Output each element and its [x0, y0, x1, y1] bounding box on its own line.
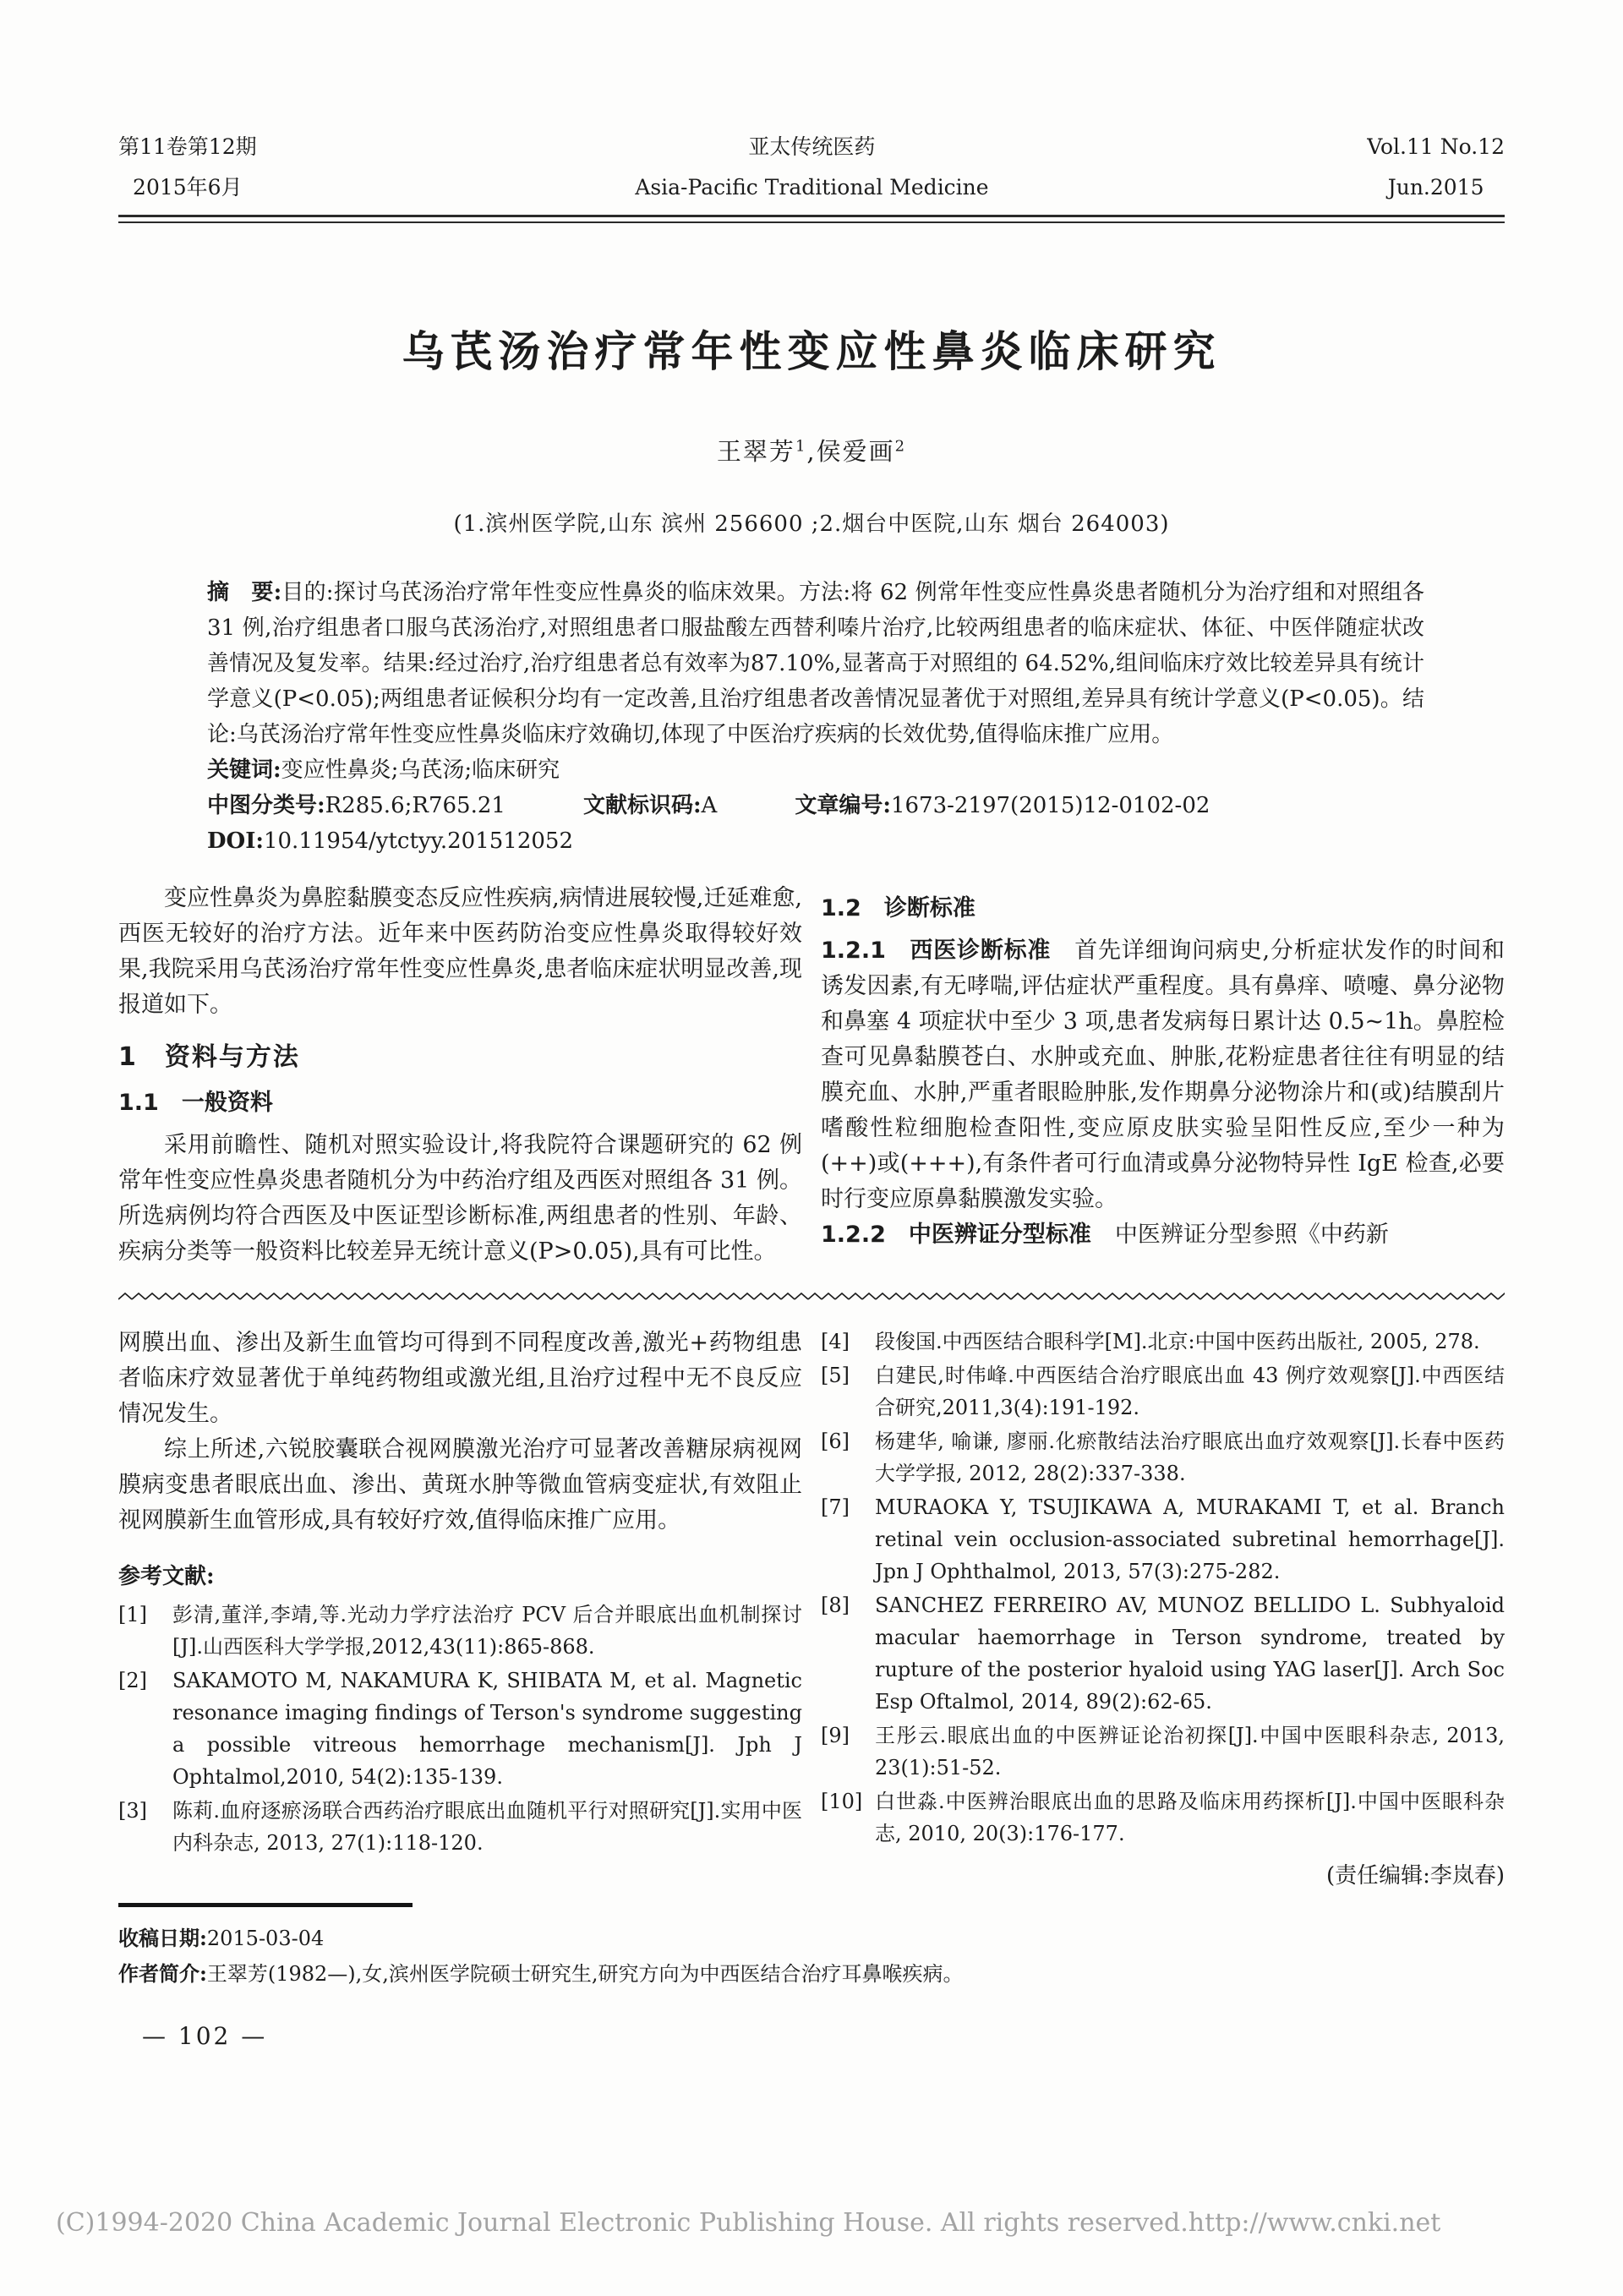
- reference-item: [8]SANCHEZ FERREIRO AV, MUNOZ BELLIDO L.…: [821, 1589, 1505, 1718]
- section-1-2-1-text: 首先详细询问病史,分析症状发作的时间和诱发因素,有无哮喘,评估症状严重程度。具有…: [821, 938, 1505, 1212]
- doc-code-value: A: [702, 793, 718, 818]
- body-left-column: 变应性鼻炎为鼻腔黏膜变态反应性疾病,病情进展较慢,迁延难愈,西医无较好的治疗方法…: [118, 881, 802, 1270]
- reference-item: [5]白建民,时伟峰.中西医结合治疗眼底出血 43 例疗效观察[J].中西医结合…: [821, 1359, 1505, 1424]
- header-center: 亚太传统医药 Asia-Pacific Traditional Medicine: [635, 127, 988, 208]
- author-bio-label: 作者简介:: [118, 1961, 207, 1986]
- author-1: 王翠芳: [717, 437, 795, 466]
- author-2: 侯爱画: [817, 437, 895, 466]
- reference-text: 段俊国.中西医结合眼科学[M].北京:中国中医药出版社, 2005, 278.: [875, 1326, 1505, 1358]
- lower-right-column: [4]段俊国.中西医结合眼科学[M].北京:中国中医药出版社, 2005, 27…: [821, 1326, 1505, 1889]
- section-1-1-paragraph: 采用前瞻性、随机对照实验设计,将我院符合课题研究的 62 例常年性变应性鼻炎患者…: [118, 1128, 802, 1270]
- article-id-label: 文章编号:: [795, 793, 891, 818]
- journal-header: 第11卷第12期 2015年6月 亚太传统医药 Asia-Pacific Tra…: [118, 127, 1505, 208]
- reference-text: 王彤云.眼底出血的中医辨证论治初探[J].中国中医眼科杂志, 2013, 23(…: [875, 1719, 1505, 1784]
- prev-article-paragraph-1: 网膜出血、渗出及新生血管均可得到不同程度改善,激光+药物组患者临床疗效显著优于单…: [118, 1326, 802, 1432]
- doc-code-group: 文献标识码:A: [583, 788, 717, 823]
- prev-article-paragraph-2: 综上所述,六锐胶囊联合视网膜激光治疗可显著改善糖尿病视网膜病变患者眼底出血、渗出…: [118, 1432, 802, 1539]
- abstract-block: 摘 要:目的:探讨乌芪汤治疗常年性变应性鼻炎的临床效果。方法:将 62 例常年性…: [207, 575, 1424, 859]
- date-en: Jun.2015: [1367, 167, 1505, 208]
- reference-text: 白建民,时伟峰.中西医结合治疗眼底出血 43 例疗效观察[J].中西医结合研究,…: [875, 1359, 1505, 1424]
- article-body-columns: 变应性鼻炎为鼻腔黏膜变态反应性疾病,病情进展较慢,迁延难愈,西医无较好的治疗方法…: [118, 881, 1505, 1270]
- clc-label: 中图分类号:: [207, 793, 325, 818]
- abstract-text: 目的:探讨乌芪汤治疗常年性变应性鼻炎的临床效果。方法:将 62 例常年性变应性鼻…: [207, 580, 1424, 747]
- reference-number: [7]: [821, 1491, 875, 1588]
- article-title: 乌芪汤治疗常年性变应性鼻炎临床研究: [118, 318, 1505, 379]
- watermark-copyright: (C)1994-2020 China Academic Journal Elec…: [56, 2208, 1189, 2238]
- reference-text: 陈莉.血府逐瘀汤联合西药治疗眼底出血随机平行对照研究[J].实用中医内科杂志, …: [172, 1795, 802, 1859]
- reference-item: [10]白世淼.中医辨治眼底出血的思路及临床用药探析[J].中国中医眼科杂志, …: [821, 1785, 1505, 1850]
- author-2-sup: 2: [895, 437, 906, 455]
- clc-group: 中图分类号:R285.6;R765.21: [207, 788, 505, 823]
- article-id-group: 文章编号:1673-2197(2015)12-0102-02: [795, 788, 1210, 823]
- header-left: 第11卷第12期 2015年6月: [118, 127, 257, 208]
- reference-item: [4]段俊国.中西医结合眼科学[M].北京:中国中医药出版社, 2005, 27…: [821, 1326, 1505, 1358]
- watermark-url: http://www.cnki.net: [1189, 2208, 1441, 2238]
- reference-item: [1]彭清,董洋,李靖,等.光动力学疗法治疗 PCV 后合并眼底出血机制探讨[J…: [118, 1599, 802, 1663]
- reference-text: MURAOKA Y, TSUJIKAWA A, MURAKAMI T, et a…: [875, 1491, 1505, 1588]
- reference-number: [5]: [821, 1359, 875, 1424]
- page-number: — 102 —: [118, 2022, 1505, 2050]
- footnote-rule: [118, 1903, 413, 1907]
- received-date-label: 收稿日期:: [118, 1926, 207, 1950]
- reference-item: [3]陈莉.血府逐瘀汤联合西药治疗眼底出血随机平行对照研究[J].实用中医内科杂…: [118, 1795, 802, 1859]
- section-1-2-2-text: 中医辨证分型参照《中药新: [1115, 1222, 1389, 1248]
- reference-number: [2]: [118, 1665, 172, 1793]
- author-1-sup: 1: [795, 437, 806, 455]
- reference-number: [4]: [821, 1326, 875, 1358]
- doi-label: DOI:: [207, 828, 264, 854]
- journal-title-cn: 亚太传统医药: [635, 127, 988, 167]
- received-date-value: 2015-03-04: [207, 1927, 324, 1950]
- reference-number: [10]: [821, 1785, 875, 1850]
- footnote-block: 收稿日期:2015-03-04 作者简介:王翠芳(1982—),女,滨州医学院硕…: [118, 1903, 1505, 1992]
- reference-text: 白世淼.中医辨治眼底出血的思路及临床用药探析[J].中国中医眼科杂志, 2010…: [875, 1785, 1505, 1850]
- journal-page: 第11卷第12期 2015年6月 亚太传统医药 Asia-Pacific Tra…: [0, 0, 1623, 2296]
- authors-line: 王翠芳1,侯爱画2: [118, 433, 1505, 467]
- reference-item: [6]杨建华, 喻谦, 廖丽.化瘀散结法治疗眼底出血疗效观察[J].长春中医药大…: [821, 1425, 1505, 1490]
- journal-title-en: Asia-Pacific Traditional Medicine: [635, 167, 988, 208]
- section-1-2-heading: 1.2 诊断标准: [821, 891, 1505, 927]
- zigzag-line-graphic: [118, 1291, 1505, 1303]
- reference-text: SANCHEZ FERREIRO AV, MUNOZ BELLIDO L. Su…: [875, 1589, 1505, 1718]
- previous-article-columns: 网膜出血、渗出及新生血管均可得到不同程度改善,激光+药物组患者临床疗效显著优于单…: [118, 1326, 1505, 1889]
- reference-number: [1]: [118, 1599, 172, 1663]
- header-double-rule: [118, 215, 1505, 223]
- volume-issue-en: Vol.11 No.12: [1367, 127, 1505, 167]
- previous-article-conclusion: 网膜出血、渗出及新生血管均可得到不同程度改善,激光+药物组患者临床疗效显著优于单…: [118, 1326, 802, 1539]
- body-right-column: 1.2 诊断标准 1.2.1 西医诊断标准首先详细询问病史,分析症状发作的时间和…: [821, 881, 1505, 1270]
- classification-line: 中图分类号:R285.6;R765.21 文献标识码:A 文章编号:1673-2…: [207, 788, 1424, 823]
- reference-item: [7]MURAOKA Y, TSUJIKAWA A, MURAKAMI T, e…: [821, 1491, 1505, 1588]
- author-bio-text: 王翠芳(1982—),女,滨州医学院硕士研究生,研究方向为中西医结合治疗耳鼻喉疾…: [207, 1962, 964, 1986]
- author-bio-line: 作者简介:王翠芳(1982—),女,滨州医学院硕士研究生,研究方向为中西医结合治…: [118, 1956, 1505, 1992]
- references-label: 参考文献:: [118, 1559, 802, 1590]
- reference-item: [2]SAKAMOTO M, NAKAMURA K, SHIBATA M, et…: [118, 1665, 802, 1793]
- reference-text: 杨建华, 喻谦, 廖丽.化瘀散结法治疗眼底出血疗效观察[J].长春中医药大学学报…: [875, 1425, 1505, 1490]
- page-content: 第11卷第12期 2015年6月 亚太传统医药 Asia-Pacific Tra…: [0, 0, 1623, 2050]
- doi-line: DOI:10.11954/ytctyy.201512052: [207, 823, 1424, 859]
- reference-number: [3]: [118, 1795, 172, 1859]
- volume-issue-cn: 第11卷第12期: [118, 127, 257, 167]
- doi-value: 10.11954/ytctyy.201512052: [264, 828, 573, 854]
- reference-text: 彭清,董洋,李靖,等.光动力学疗法治疗 PCV 后合并眼底出血机制探讨[J].山…: [172, 1599, 802, 1663]
- article-id-value: 1673-2197(2015)12-0102-02: [891, 793, 1210, 818]
- section-1-heading: 1 资料与方法: [118, 1040, 802, 1075]
- intro-paragraph: 变应性鼻炎为鼻腔黏膜变态反应性疾病,病情进展较慢,迁延难愈,西医无较好的治疗方法…: [118, 881, 802, 1023]
- keywords-text: 变应性鼻炎;乌芪汤;临床研究: [281, 757, 560, 783]
- abstract-label: 摘 要:: [207, 580, 281, 605]
- section-1-2-1-paragraph: 1.2.1 西医诊断标准首先详细询问病史,分析症状发作的时间和诱发因素,有无哮喘…: [821, 933, 1505, 1217]
- zigzag-separator: [118, 1290, 1505, 1302]
- abstract-paragraph: 摘 要:目的:探讨乌芪汤治疗常年性变应性鼻炎的临床效果。方法:将 62 例常年性…: [207, 575, 1424, 752]
- section-1-2-2-heading: 1.2.2 中医辨证分型标准: [821, 1222, 1091, 1248]
- reference-number: [9]: [821, 1719, 875, 1784]
- reference-number: [6]: [821, 1425, 875, 1490]
- reference-item: [9]王彤云.眼底出血的中医辨证论治初探[J].中国中医眼科杂志, 2013, …: [821, 1719, 1505, 1784]
- cnki-watermark: (C)1994-2020 China Academic Journal Elec…: [56, 2208, 1380, 2238]
- responsible-editor-note: (责任编辑:李岚春): [821, 1858, 1505, 1889]
- doc-code-label: 文献标识码:: [583, 793, 702, 818]
- section-1-2-1-heading: 1.2.1 西医诊断标准: [821, 938, 1051, 964]
- header-right: Vol.11 No.12 Jun.2015: [1367, 127, 1505, 208]
- keywords-label: 关键词:: [207, 757, 281, 783]
- reference-number: [8]: [821, 1589, 875, 1718]
- received-date-line: 收稿日期:2015-03-04: [118, 1921, 1505, 1956]
- date-cn: 2015年6月: [118, 167, 257, 208]
- lower-left-column: 网膜出血、渗出及新生血管均可得到不同程度改善,激光+药物组患者临床疗效显著优于单…: [118, 1326, 802, 1889]
- section-1-2-2-paragraph: 1.2.2 中医辨证分型标准中医辨证分型参照《中药新: [821, 1217, 1505, 1253]
- author-separator: ,: [806, 437, 816, 466]
- affiliation: (1.滨州医学院,山东 滨州 256600 ;2.烟台中医院,山东 烟台 264…: [118, 506, 1505, 538]
- keywords-line: 关键词:变应性鼻炎;乌芪汤;临床研究: [207, 752, 1424, 788]
- reference-text: SAKAMOTO M, NAKAMURA K, SHIBATA M, et al…: [172, 1665, 802, 1793]
- section-1-1-heading: 1.1 一般资料: [118, 1085, 802, 1121]
- clc-value: R285.6;R765.21: [325, 793, 505, 818]
